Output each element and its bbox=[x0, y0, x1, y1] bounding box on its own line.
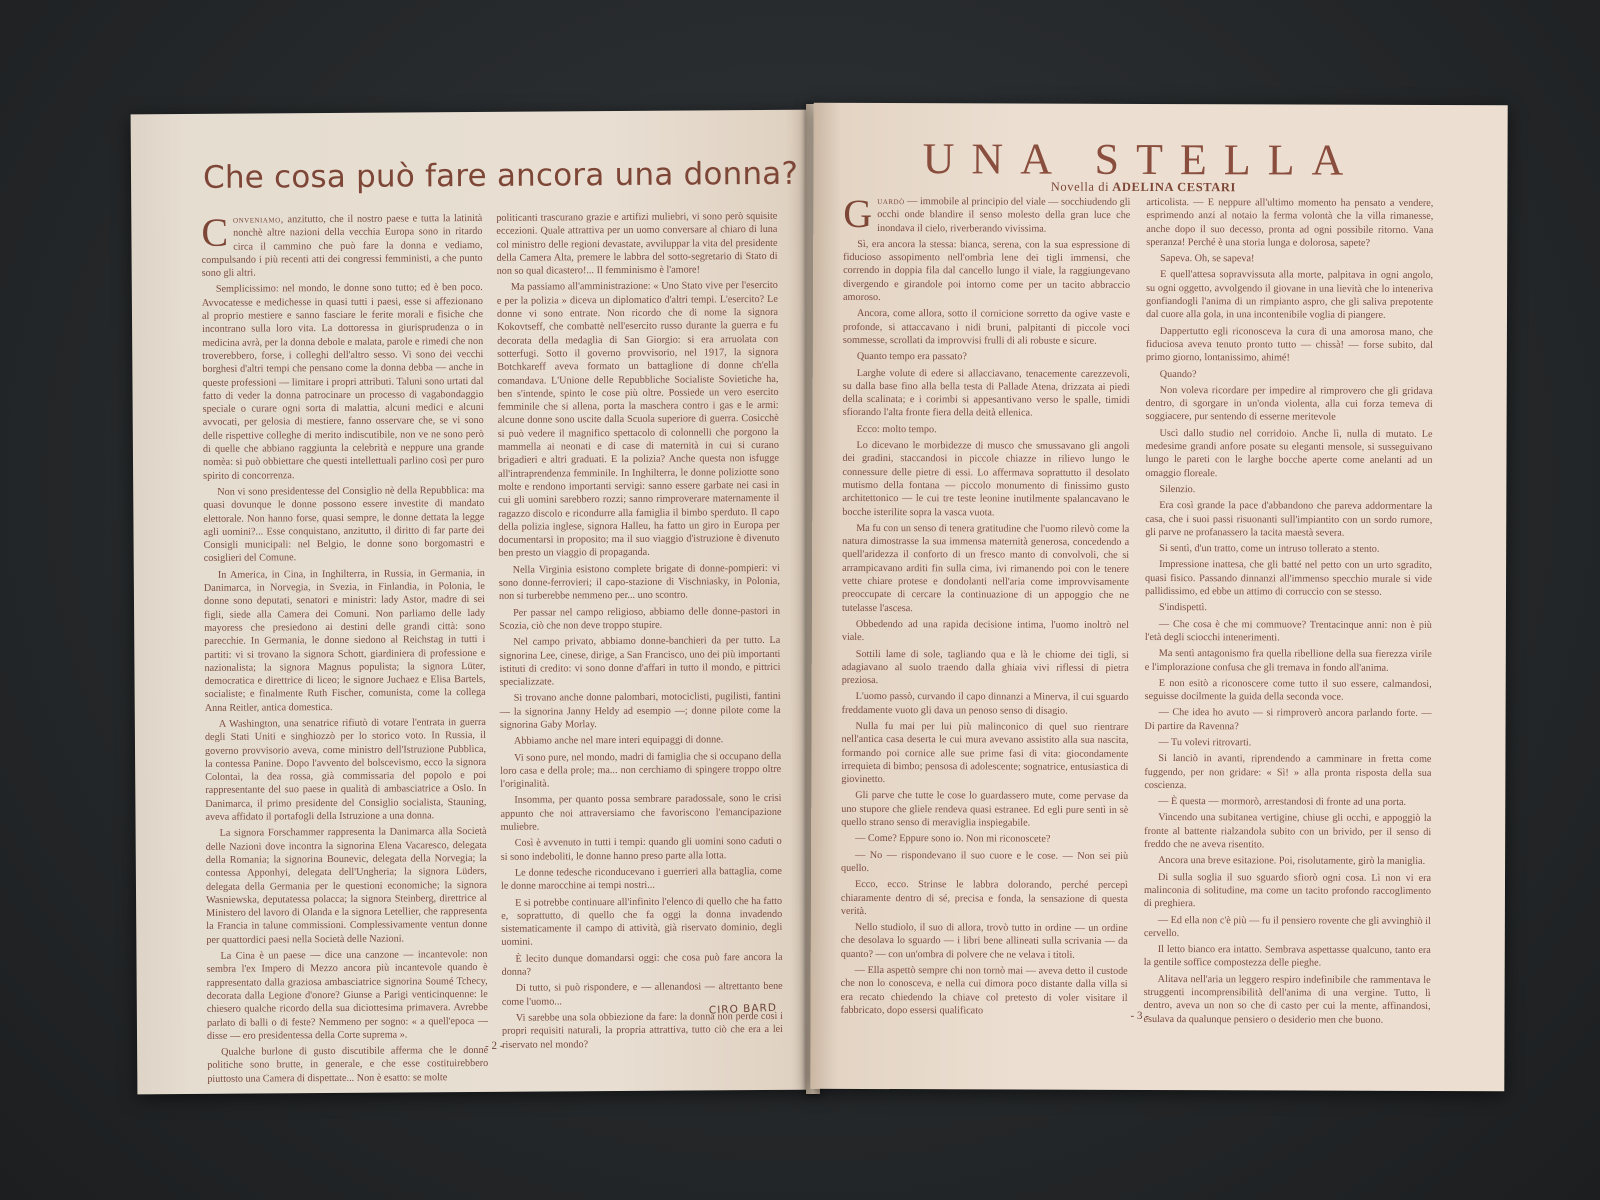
lead-word: uardò bbox=[877, 196, 904, 207]
article-paragraph: politicanti trascurano grazie e artifizi… bbox=[496, 210, 777, 278]
article-paragraph: La Cina è un paese — dice una canzone — … bbox=[206, 948, 488, 1043]
story-paragraph: Lo dicevano le morbidezze di musco che s… bbox=[842, 439, 1129, 520]
article-paragraph: Semplicissimo: nel mondo, le donne sono … bbox=[202, 281, 484, 482]
story-paragraph: — Ed ella non c'è più — fu il pensiero r… bbox=[1144, 913, 1431, 941]
story-paragraph: Quanto tempo era passato? bbox=[843, 350, 1130, 364]
story-paragraph: Dappertutto egli riconosceva la cura di … bbox=[1146, 325, 1433, 366]
article-paragraph: Abbiamo anche nel mare interi equipaggi … bbox=[500, 733, 781, 748]
article-paragraph: È lecito dunque domandarsi oggi: che cos… bbox=[501, 951, 782, 980]
article-column-1: Conveniamo, anzitutto, che il nostro pae… bbox=[201, 212, 488, 1089]
story-paragraph: Nulla fu mai per lui più malinconico di … bbox=[841, 720, 1128, 787]
story-paragraph: Era così grande la pace d'abbandono che … bbox=[1145, 499, 1432, 540]
article-title: Che cosa può fare ancora una donna? bbox=[203, 156, 803, 196]
story-paragraph: Ecco: molto tempo. bbox=[843, 423, 1130, 437]
article-paragraph: Conveniamo, anzitutto, che il nostro pae… bbox=[201, 212, 482, 280]
article-paragraph: Ma passiamo all'amministrazione: « Uno S… bbox=[497, 279, 780, 560]
story-paragraph: Si lanciò in avanti, riprendendo a cammi… bbox=[1144, 752, 1431, 793]
story-paragraph: Sì, era ancora la stessa: bianca, serena… bbox=[843, 238, 1130, 305]
article-paragraph: Non vi sono presidentesse del Consiglio … bbox=[203, 484, 485, 566]
story-paragraph: Impressione inattesa, che gli batté nel … bbox=[1145, 558, 1432, 599]
article-paragraph: In America, in Cina, in Inghilterra, in … bbox=[204, 567, 486, 715]
article-paragraph: Le donne tedesche riconducevano i guerri… bbox=[501, 865, 782, 894]
byline-prefix: Novella di bbox=[1051, 180, 1109, 194]
story-paragraph: Guardò — immobile al principio del viale… bbox=[843, 195, 1130, 236]
story-paragraph: — Che idea ho avuto — si rimproverò anco… bbox=[1145, 706, 1432, 734]
story-paragraph: Il letto bianco era intatto. Sembrava as… bbox=[1144, 943, 1431, 971]
story-paragraph: — Come? Eppure sono io. Non mi riconosce… bbox=[841, 832, 1128, 846]
story-paragraph: E quell'attesa sopravvissuta alla morte,… bbox=[1146, 268, 1433, 322]
story-paragraph: Vincendo una subitanea vertigine, chiuse… bbox=[1144, 811, 1431, 852]
drop-cap: G bbox=[843, 197, 872, 231]
story-paragraph: Non voleva ricordare per impedire al rim… bbox=[1146, 384, 1433, 425]
story-paragraph: Si sentì, d'un tratto, come un intruso t… bbox=[1145, 542, 1432, 556]
story-paragraph: — Tu volevi ritrovarti. bbox=[1144, 736, 1431, 750]
left-page: Che cosa può fare ancora una donna? Conv… bbox=[131, 110, 820, 1095]
lead-word: onveniamo, bbox=[233, 214, 284, 225]
story-paragraph: E non esitò a riconoscere come tutto il … bbox=[1145, 677, 1432, 705]
story-paragraph: Di sulla soglia il suo sguardo sfiorò og… bbox=[1144, 871, 1431, 912]
story-paragraph: Ancora, come allora, sotto il cornicione… bbox=[843, 307, 1130, 348]
byline-author: ADELINA CESTARI bbox=[1112, 180, 1236, 194]
article-paragraph: Qualche burlone di gusto discutibile aff… bbox=[207, 1044, 488, 1086]
story-title: UNA STELLA bbox=[921, 133, 1361, 186]
article-paragraph: Così è avvenuto in tutti i tempi: quando… bbox=[501, 835, 782, 864]
right-page: UNA STELLA Novella di ADELINA CESTARI Gu… bbox=[810, 103, 1507, 1091]
story-column-2: articolista. — E neppure all'ultimo mome… bbox=[1143, 196, 1433, 1030]
story-column-1: Guardò — immobile al principio del viale… bbox=[840, 195, 1130, 1029]
story-paragraph: — Ella aspettò sempre chi non tornò mai … bbox=[841, 964, 1128, 1018]
story-paragraph: Sapeva. Oh, se sapeva! bbox=[1146, 252, 1433, 266]
story-paragraph: Quando? bbox=[1146, 368, 1433, 382]
story-paragraph: Larghe volute di edere si allacciavano, … bbox=[843, 366, 1130, 420]
story-paragraph: Alitava nell'aria un leggero respiro ind… bbox=[1144, 973, 1431, 1027]
story-paragraph: Nello studiolo, il suo di allora, trovò … bbox=[841, 921, 1128, 962]
story-paragraph: Obbedendo ad una rapida decisione intima… bbox=[842, 618, 1129, 646]
article-paragraph: Insomma, per quanto possa sembrare parad… bbox=[500, 792, 781, 834]
story-paragraph: Silenzio. bbox=[1145, 483, 1432, 497]
story-paragraph: — No — rispondevano il suo cuore e le co… bbox=[841, 849, 1128, 877]
page-number: - 3 - bbox=[1131, 1010, 1149, 1022]
article-column-2: politicanti trascurano grazie e artifizi… bbox=[496, 210, 783, 1087]
article-paragraph: A Washington, una senatrice rifiutò di v… bbox=[205, 716, 487, 824]
drop-cap: C bbox=[201, 216, 228, 250]
story-body: Guardò — immobile al principio del viale… bbox=[840, 195, 1433, 1030]
story-paragraph: articolista. — E neppure all'ultimo mome… bbox=[1146, 196, 1433, 250]
article-paragraph: E si potrebbe continuare all'infinito l'… bbox=[501, 894, 782, 949]
article-paragraph: Vi sarebbe una sola obbiezione da fare: … bbox=[502, 1010, 783, 1052]
story-paragraph: — È questa — mormorò, arrestandosi di fr… bbox=[1144, 795, 1431, 809]
story-paragraph: Gli parve che tutte le cose lo guardasse… bbox=[841, 789, 1128, 830]
story-paragraph: Ancora una breve esitazione. Poi, risolu… bbox=[1144, 854, 1431, 868]
story-paragraph: S'indispettì. bbox=[1145, 601, 1432, 615]
story-paragraph: L'uomo passò, curvando il capo dinnanzi … bbox=[842, 690, 1129, 718]
story-paragraph: Ecco, ecco. Strinse le labbra dolorando,… bbox=[841, 878, 1128, 919]
article-paragraph: Nel campo privato, abbiamo donne-banchie… bbox=[499, 634, 780, 689]
page-number: - 2 - bbox=[485, 1040, 503, 1052]
article-paragraph: Per passar nel campo religioso, abbiamo … bbox=[499, 604, 780, 633]
article-paragraph: La signora Forschammer rappresenta la Da… bbox=[206, 825, 488, 947]
story-paragraph: — Che cosa è che mi commuove? Trentacinq… bbox=[1145, 618, 1432, 646]
article-paragraph: Vi sono pure, nel mondo, madri di famigl… bbox=[500, 749, 781, 791]
story-paragraph: Uscì dallo studio nel corridoio. Anche l… bbox=[1145, 427, 1432, 481]
article-body: Conveniamo, anzitutto, che il nostro pae… bbox=[201, 210, 783, 1089]
story-byline: Novella di ADELINA CESTARI bbox=[953, 179, 1333, 195]
story-paragraph: Ma fu con un senso di tenera gratitudine… bbox=[842, 522, 1129, 616]
article-paragraph: Nella Virginia esistono complete brigate… bbox=[499, 562, 780, 604]
story-paragraph: Sottili lame di sole, tagliando qua e là… bbox=[842, 647, 1129, 688]
story-paragraph: Ma sentì antagonismo fra quella ribellio… bbox=[1145, 647, 1432, 675]
article-paragraph: Si trovano anche donne palombari, motoci… bbox=[500, 690, 781, 732]
